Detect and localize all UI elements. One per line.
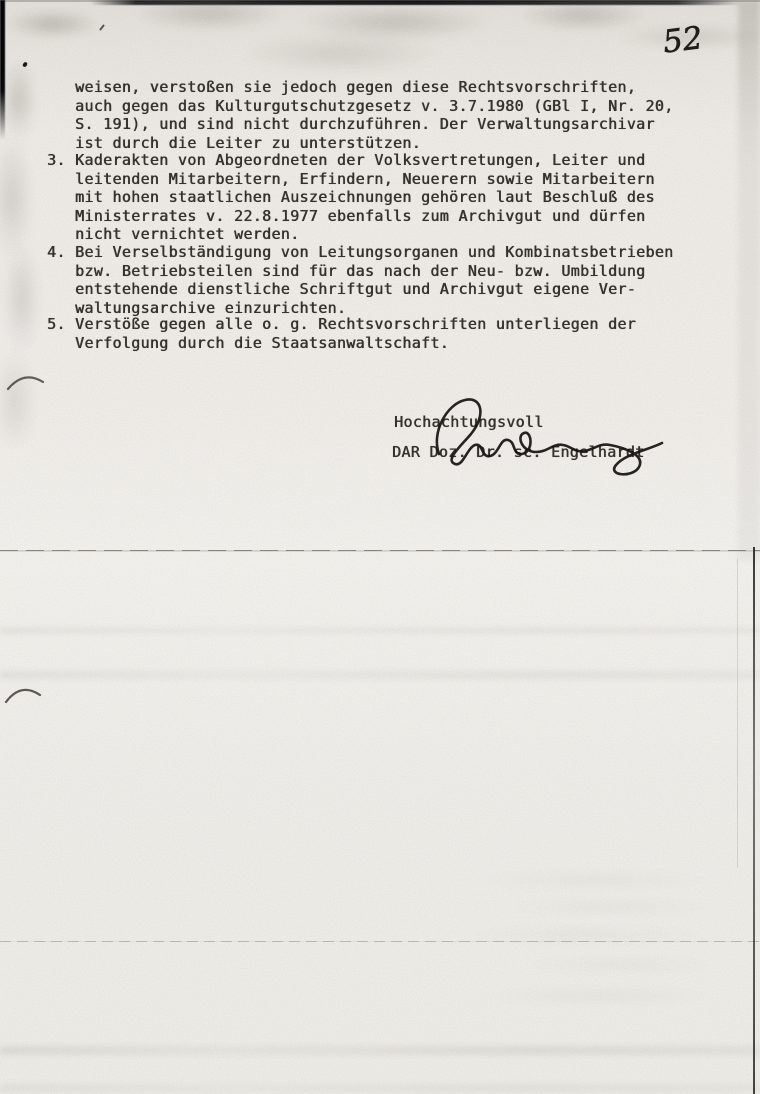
page-number-handwritten: 52 (653, 16, 717, 64)
scan-fold-shadow-band (0, 628, 760, 633)
margin-pen-mark (5, 368, 47, 396)
handwritten-signature (405, 388, 670, 490)
scan-fold-shadow-band (0, 1046, 760, 1055)
item-number: 4. (47, 243, 75, 317)
item-text: Kaderakten von Abgeordneten der Volksver… (75, 151, 697, 244)
item-number: 5. (47, 315, 75, 352)
paragraph-intro: weisen, verstoßen sie jedoch gegen diese… (75, 78, 675, 152)
margin-pen-mark (3, 680, 45, 708)
list-item-3: 3. Kaderakten von Abgeordneten der Volks… (47, 151, 697, 244)
bleed-through-texture (470, 872, 720, 888)
scan-top-mottle (0, 0, 760, 75)
scan-fold-shadow-band (0, 1084, 760, 1092)
scan-fold-shadow-band (0, 671, 760, 679)
list-item-5: 5. Verstöße gegen alle o. g. Rechtsvorsc… (47, 315, 697, 352)
paper-crease-vertical-faint (737, 558, 738, 868)
item-text: Verstöße gegen alle o. g. Rechtsvorschri… (75, 315, 697, 352)
bleed-through-texture (480, 988, 720, 1004)
list-item-4: 4. Bei Verselbständigung von Leitungsorg… (47, 243, 697, 317)
scanned-letter-page: 52 weisen, verstoßen sie jedoch gegen di… (0, 0, 760, 1094)
scan-right-mottle (738, 0, 760, 560)
paper-fold-line (0, 550, 760, 551)
page-number: 52 (661, 20, 705, 61)
item-text: Bei Verselbständigung von Leitungsorgane… (75, 243, 697, 317)
bleed-through-texture (500, 900, 720, 914)
bleed-through-texture (520, 958, 720, 972)
item-number: 3. (47, 151, 75, 244)
bleed-through-texture (455, 928, 715, 942)
paper-crease-vertical (753, 547, 755, 1094)
